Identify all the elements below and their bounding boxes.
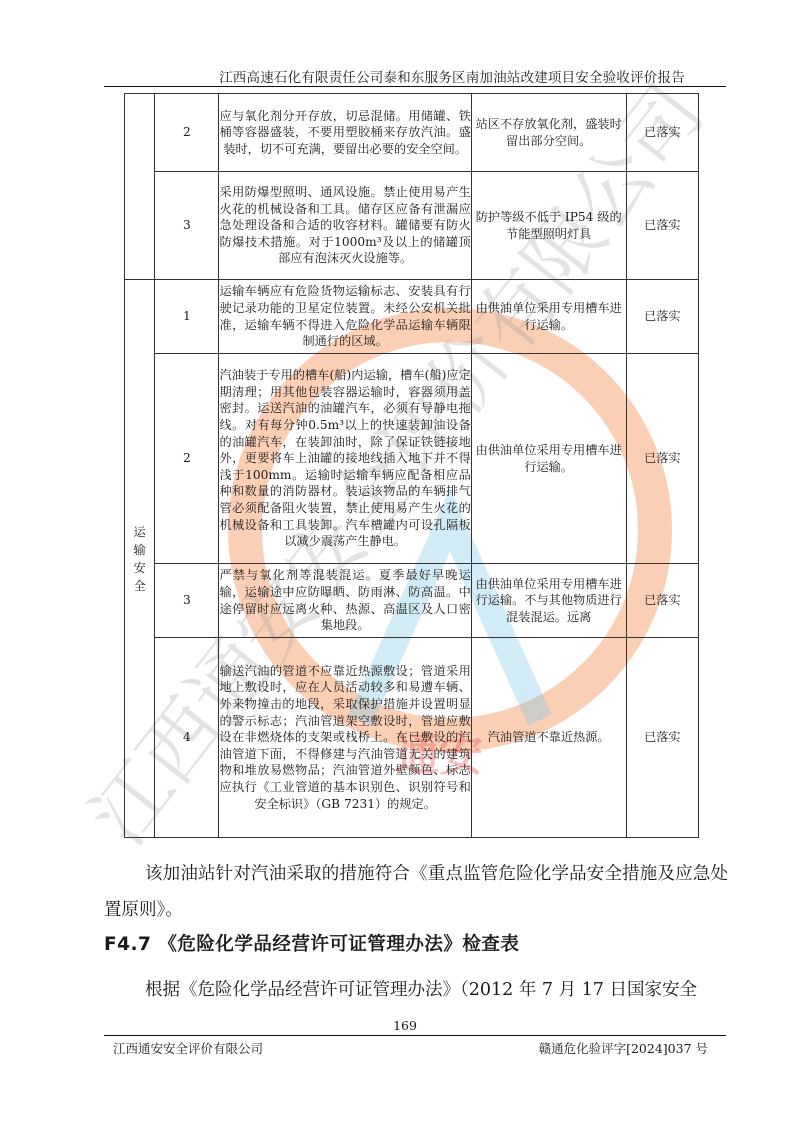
result-cell: 已落实: [626, 172, 698, 280]
category-cell-empty: [125, 94, 155, 280]
table-row: 2 应与氧化剂分开存放，切忌混储。用储罐、铁桶等容器盛装，不要用塑胶桶来存放汽油…: [125, 94, 699, 172]
table-row: 4 输送汽油的管道不应靠近热源敷设；管道采用地上敷设时，应在人员活动较多和易遭车…: [125, 638, 699, 838]
measure-cell: 由供油单位采用专用槽车进行运输。不与其他物质进行混装混运。远离: [471, 564, 626, 638]
footer-doc-number: 赣通危化验评字[2024]037 号: [539, 1039, 708, 1057]
requirement-cell: 采用防爆型照明、通风设施。禁止使用易产生火花的机械设备和工具。储存区应备有泄漏应…: [219, 172, 471, 280]
result-cell: 已落实: [626, 280, 698, 354]
document-header-title: 江西高速石化有限责任公司泰和东服务区南加油站改建项目安全验收评价报告: [0, 66, 794, 86]
measure-cell: 由供油单位采用专用槽车进行运输。: [471, 280, 626, 354]
result-cell: 已落实: [626, 564, 698, 638]
result-cell: 已落实: [626, 94, 698, 172]
row-number: 2: [155, 354, 219, 564]
page-number: 169: [0, 1018, 794, 1033]
footer-divider: [104, 1035, 726, 1036]
table-row: 运输安全 1 运输车辆应有危险货物运输标志、安装具有行驶记录功能的卫星定位装置。…: [125, 280, 699, 354]
measure-cell: 汽油管道不靠近热源。: [471, 638, 626, 838]
safety-checklist-table: 2 应与氧化剂分开存放，切忌混储。用储罐、铁桶等容器盛装，不要用塑胶桶来存放汽油…: [124, 93, 699, 838]
row-number: 2: [155, 94, 219, 172]
intro-paragraph: 根据《危险化学品经营许可证管理办法》（2012 年 7 月 17 日国家安全: [104, 972, 728, 1008]
requirement-cell: 严禁与氧化剂等混装混运。夏季最好早晚运输，运输途中应防曝晒、防雨淋、防高温。中途…: [219, 564, 471, 638]
conclusion-paragraph: 该加油站针对汽油采取的措施符合《重点监管危险化学品安全措施及应急处置原则》。: [104, 856, 728, 928]
requirement-cell: 汽油装于专用的槽车(船)内运输，槽车(船)应定期清理；用其他包装容器运输时，容器…: [219, 354, 471, 564]
row-number: 4: [155, 638, 219, 838]
table-row: 2 汽油装于专用的槽车(船)内运输，槽车(船)应定期清理；用其他包装容器运输时，…: [125, 354, 699, 564]
footer-company: 江西通安安全评价有限公司: [113, 1039, 263, 1057]
requirement-cell: 输送汽油的管道不应靠近热源敷设；管道采用地上敷设时，应在人员活动较多和易遭车辆、…: [219, 638, 471, 838]
row-number: 3: [155, 172, 219, 280]
table-row: 3 严禁与氧化剂等混装混运。夏季最好早晚运输，运输途中应防曝晒、防雨淋、防高温。…: [125, 564, 699, 638]
result-cell: 已落实: [626, 638, 698, 838]
measure-cell: 由供油单位采用专用槽车进行运输。: [471, 354, 626, 564]
category-cell: 运输安全: [125, 280, 155, 838]
measure-cell: 站区不存放氧化剂，盛装时留出部分空间。: [471, 94, 626, 172]
result-cell: 已落实: [626, 354, 698, 564]
row-number: 1: [155, 280, 219, 354]
measure-cell: 防护等级不低于 IP54 级的节能型照明灯具: [471, 172, 626, 280]
row-number: 3: [155, 564, 219, 638]
requirement-cell: 应与氧化剂分开存放，切忌混储。用储罐、铁桶等容器盛装，不要用塑胶桶来存放汽油。盛…: [219, 94, 471, 172]
table-row: 3 采用防爆型照明、通风设施。禁止使用易产生火花的机械设备和工具。储存区应备有泄…: [125, 172, 699, 280]
section-heading: F4.7 《危险化学品经营许可证管理办法》检查表: [104, 930, 519, 956]
header-divider: [104, 86, 726, 87]
requirement-cell: 运输车辆应有危险货物运输标志、安装具有行驶记录功能的卫星定位装置。未经公安机关批…: [219, 280, 471, 354]
category-label: 运输安全: [133, 523, 147, 595]
